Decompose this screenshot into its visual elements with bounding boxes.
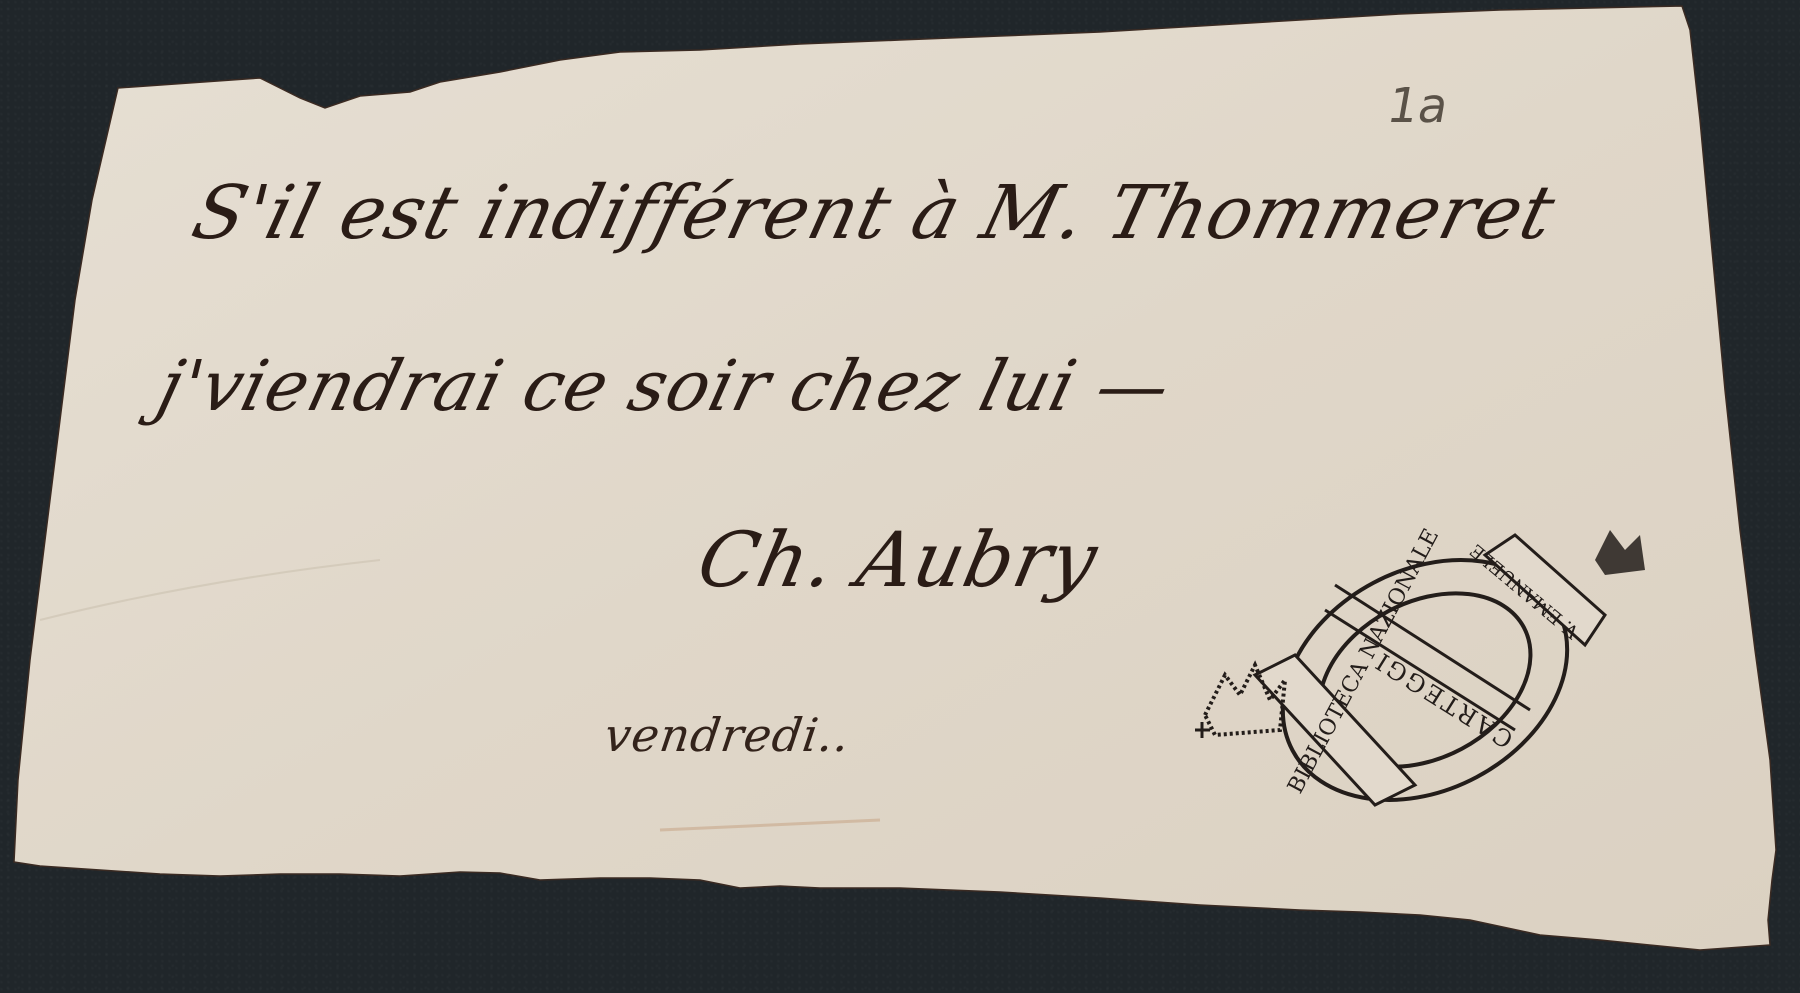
signature: Ch. Aubry [691, 515, 1106, 604]
library-stamp: BIBLIOTECA NAZIONALE CARTEGGI V. EMANUEL… [1185, 515, 1655, 845]
handwritten-line-1: S'il est indifférent à M. Thommeret [184, 170, 1563, 256]
crown-icon [1595, 530, 1645, 575]
day-note: vendredi.. [601, 708, 853, 762]
stamp-text-carteggi: CARTEGGI [1369, 646, 1518, 754]
handwritten-line-2: j'viendrai ce soir chez lui — [150, 345, 1179, 427]
folio-number: 1a [1383, 78, 1453, 134]
stamp-band-upper [1485, 535, 1605, 645]
